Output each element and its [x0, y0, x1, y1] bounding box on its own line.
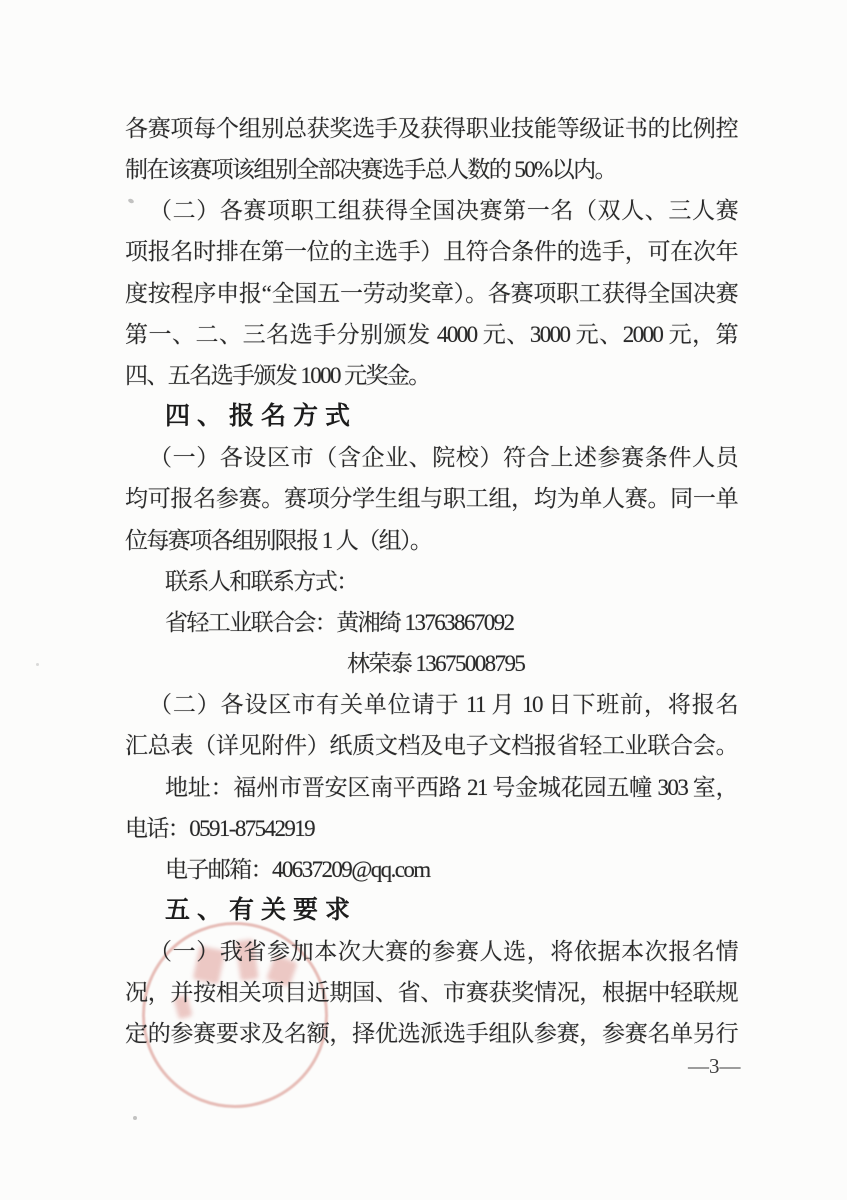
page-number: —3—	[688, 1054, 768, 1079]
text-line: 项报名时排在第一位的主选手）且符合条件的选手，可在次年	[125, 231, 737, 272]
section-heading: 五、有关要求	[125, 890, 737, 931]
text-line: （一）我省参加本次大赛的参赛人选，将依据本次报名情	[125, 931, 737, 972]
text-line: 地址：福州市晋安区南平西路 21 号金城花园五幢 303 室，	[125, 767, 737, 808]
text-line: 定的参赛要求及名额，择优选派选手组队参赛，参赛名单另行	[125, 1013, 737, 1054]
text-line: 电子邮箱：40637209@qq.com	[125, 849, 737, 890]
text-line: 况，并按相关项目近期国、省、市赛获奖情况，根据中轻联规	[125, 972, 737, 1013]
text-line: 各赛项每个组别总获奖选手及获得职业技能等级证书的比例控	[125, 108, 737, 149]
contact-line: 省轻工业联合会：黄湘绮 13763867092	[125, 602, 737, 643]
document-body: 各赛项每个组别总获奖选手及获得职业技能等级证书的比例控 制在该赛项该组别全部决赛…	[125, 108, 737, 1055]
text-line: 度按程序申报“全国五一劳动奖章）。各赛项职工获得全国决赛	[125, 273, 737, 314]
text-line: 均可报名参赛。赛项分学生组与职工组，均为单人赛。同一单	[125, 478, 737, 519]
text-line: 四、五名选手颁发 1000 元奖金。	[125, 355, 737, 396]
text-line: （一）各设区市（含企业、院校）符合上述参赛条件人员	[125, 437, 737, 478]
text-line: 位每赛项各组别限报 1 人（组）。	[125, 520, 737, 561]
contact-line: 林荣泰 13675008795	[125, 643, 737, 684]
text-line: （二）各赛项职工组获得全国决赛第一名（双人、三人赛	[125, 190, 737, 231]
text-line: 电话：0591-87542919	[125, 808, 737, 849]
text-line: （二）各设区市有关单位请于 11 月 10 日下班前，将报名	[125, 684, 737, 725]
text-line: 联系人和联系方式：	[125, 561, 737, 602]
text-line: 汇总表（详见附件）纸质文档及电子文档报省轻工业联合会。	[125, 725, 737, 766]
document-page: 各赛项每个组别总获奖选手及获得职业技能等级证书的比例控 制在该赛项该组别全部决赛…	[0, 0, 847, 1200]
text-line: 制在该赛项该组别全部决赛选手总人数的 50%以内。	[125, 149, 737, 190]
scan-speck	[36, 663, 39, 666]
section-heading: 四、报名方式	[125, 396, 737, 437]
text-line: 第一、二、三名选手分别颁发 4000 元、3000 元、2000 元，第	[125, 314, 737, 355]
scan-speck	[133, 1116, 137, 1120]
